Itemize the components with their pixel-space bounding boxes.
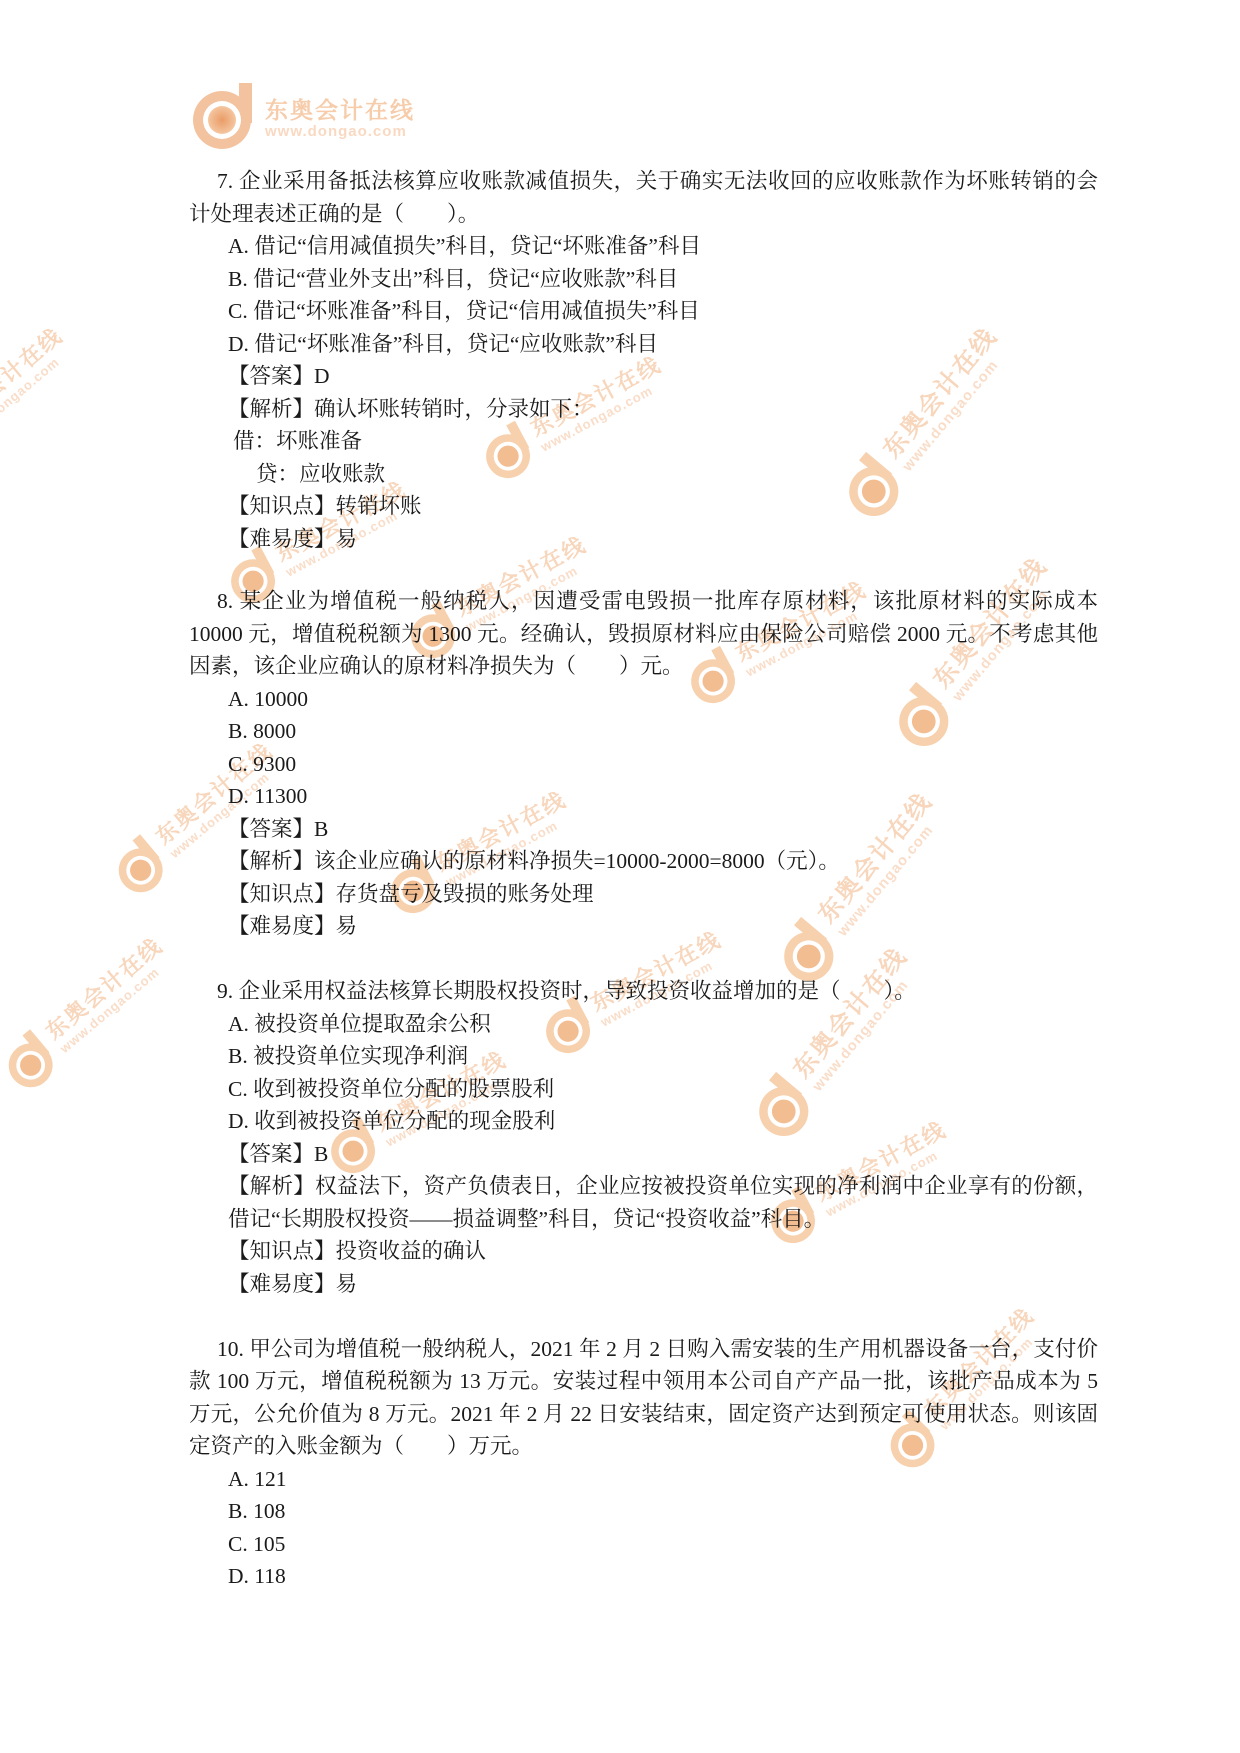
watermark-d-circle-icon: [101, 827, 179, 906]
difficulty-line: 【难易度】易: [189, 910, 1098, 943]
option-C: C. 105: [189, 1528, 1098, 1561]
watermark-url: www.dongao.com: [57, 951, 178, 1056]
exam-page: 东奥会计在线 www.dongao.com 东奥会计在线www.dongao.c…: [0, 0, 1240, 1753]
knowledge-line: 【知识点】存货盘亏及毁损的账务处理: [189, 878, 1098, 911]
journal-entry-debit: 借：坏账准备: [189, 425, 1098, 458]
brand-url: www.dongao.com: [265, 123, 415, 141]
option-B: B. 借记“营业外支出”科目，贷记“应收账款”科目: [189, 263, 1098, 296]
analysis-line: 【解析】权益法下，资产负债表日，企业应按被投资单位实现的净利润中企业享有的份额，…: [189, 1170, 1098, 1235]
questions: 7. 企业采用备抵法核算应收账款减值损失，关于确实无法收回的应收账款作为坏账转销…: [189, 165, 1098, 1593]
watermark-d-circle-icon: [0, 1022, 68, 1101]
option-A: A. 借记“信用减值损失”科目，贷记“坏账准备”科目: [189, 230, 1098, 263]
option-B: B. 108: [189, 1495, 1098, 1528]
option-A: A. 121: [189, 1463, 1098, 1496]
option-A: A. 10000: [189, 683, 1098, 716]
question-9: 9. 企业采用权益法核算长期股权投资时，导致投资收益增加的是（ ）。A. 被投资…: [189, 975, 1098, 1300]
question-stem: 7. 企业采用备抵法核算应收账款减值损失，关于确实无法收回的应收账款作为坏账转销…: [189, 165, 1098, 230]
option-D: D. 11300: [189, 780, 1098, 813]
watermark-name: 东奥会计在线: [0, 323, 67, 434]
question-10: 10. 甲公司为增值税一般纳税人，2021 年 2 月 2 日购入需安装的生产用…: [189, 1333, 1098, 1593]
watermark: 东奥会计在线www.dongao.com: [0, 925, 184, 1101]
brand-name: 东奥会计在线: [265, 97, 415, 123]
option-A: A. 被投资单位提取盈余公积: [189, 1008, 1098, 1041]
watermark-name: 东奥会计在线: [41, 933, 167, 1044]
knowledge-line: 【知识点】转销坏账: [189, 490, 1098, 523]
option-B: B. 8000: [189, 715, 1098, 748]
difficulty-line: 【难易度】易: [189, 523, 1098, 556]
journal-entry-credit: 贷：应收账款: [189, 458, 1098, 491]
analysis-line: 【解析】该企业应确认的原材料净损失=10000-2000=8000（元）。: [189, 845, 1098, 878]
watermark: 东奥会计在线www.dongao.com: [0, 315, 84, 491]
question-stem: 10. 甲公司为增值税一般纳税人，2021 年 2 月 2 日购入需安装的生产用…: [189, 1333, 1098, 1463]
brand-d-circle-icon: [192, 75, 256, 154]
question-stem: 8. 某企业为增值税一般纳税人，因遭受雷电毁损一批库存原材料，该批原材料的实际成…: [189, 585, 1098, 683]
question-8: 8. 某企业为增值税一般纳税人，因遭受雷电毁损一批库存原材料，该批原材料的实际成…: [189, 585, 1098, 943]
option-B: B. 被投资单位实现净利润: [189, 1040, 1098, 1073]
option-D: D. 借记“坏账准备”科目，贷记“应收账款”科目: [189, 328, 1098, 361]
difficulty-line: 【难易度】易: [189, 1268, 1098, 1301]
option-D: D. 收到被投资单位分配的现金股利: [189, 1105, 1098, 1138]
watermark-url: www.dongao.com: [0, 341, 77, 446]
option-C: C. 收到被投资单位分配的股票股利: [189, 1073, 1098, 1106]
question-7: 7. 企业采用备抵法核算应收账款减值损失，关于确实无法收回的应收账款作为坏账转销…: [189, 165, 1098, 555]
option-D: D. 118: [189, 1560, 1098, 1593]
analysis-line: 【解析】确认坏账转销时，分录如下：: [189, 393, 1098, 426]
answer-line: 【答案】D: [189, 360, 1098, 393]
brand-logo: 东奥会计在线 www.dongao.com: [192, 75, 415, 154]
answer-line: 【答案】B: [189, 813, 1098, 846]
option-C: C. 9300: [189, 748, 1098, 781]
knowledge-line: 【知识点】投资收益的确认: [189, 1235, 1098, 1268]
question-stem: 9. 企业采用权益法核算长期股权投资时，导致投资收益增加的是（ ）。: [189, 975, 1098, 1008]
answer-line: 【答案】B: [189, 1138, 1098, 1171]
option-C: C. 借记“坏账准备”科目，贷记“信用减值损失”科目: [189, 295, 1098, 328]
